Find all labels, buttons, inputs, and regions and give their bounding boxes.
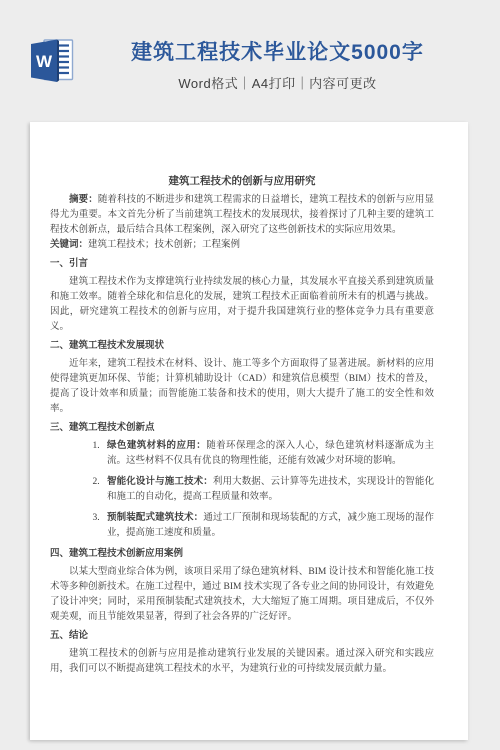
keywords-line: 关键词：建筑工程技术；技术创新；工程案例: [50, 238, 434, 253]
section-paragraph: 以某大型商业综合体为例，该项目采用了绿色建筑材料、BIM 设计技术和智能化施工技…: [50, 565, 434, 625]
section-paragraph: 建筑工程技术作为支撑建筑行业持续发展的核心力量，其发展水平直接关系到建筑质量和施…: [50, 275, 434, 335]
list-item: 智能化设计与施工技术：利用大数据、云计算等先进技术，实现设计的智能化和施工的自动…: [102, 475, 434, 505]
keywords-text: 建筑工程技术；技术创新；工程案例: [88, 240, 240, 250]
document-title: 建筑工程技术的创新与应用研究: [50, 174, 434, 189]
section-heading-conclusion: 五、结论: [50, 629, 434, 644]
list-item-label: 绿色建筑材料的应用：: [107, 441, 206, 451]
svg-text:W: W: [36, 52, 53, 71]
section-paragraph: 建筑工程技术的创新与应用是推动建筑行业发展的关键因素。通过深入研究和实践应用，我…: [50, 647, 434, 677]
abstract-paragraph: 摘要：随着科技的不断进步和建筑工程需求的日益增长，建筑工程技术的创新与应用显得尤…: [50, 193, 434, 238]
page-subtitle: Word格式｜A4打印｜内容可更改: [55, 73, 500, 92]
list-item-label: 预制装配式建筑技术：: [107, 513, 203, 523]
list-item: 绿色建筑材料的应用：随着环保理念的深入人心，绿色建筑材料逐渐成为主流。这些材料不…: [102, 439, 434, 469]
section-heading-innovation-points: 三、建筑工程技术创新点: [50, 421, 434, 436]
header-text: 建筑工程技术毕业论文5000字 Word格式｜A4打印｜内容可更改: [55, 40, 500, 92]
header: W 建筑工程技术毕业论文5000字 Word格式｜A4打印｜内容可更改: [0, 0, 500, 122]
innovation-list: 绿色建筑材料的应用：随着环保理念的深入人心，绿色建筑材料逐渐成为主流。这些材料不…: [50, 439, 434, 541]
list-item-label: 智能化设计与施工技术：: [107, 477, 213, 487]
abstract-label: 摘要：: [69, 195, 98, 205]
page-title: 建筑工程技术毕业论文5000字: [55, 40, 500, 65]
document-preview-page: 建筑工程技术的创新与应用研究 摘要：随着科技的不断进步和建筑工程需求的日益增长，…: [30, 122, 468, 740]
section-heading-application-case: 四、建筑工程技术创新应用案例: [50, 547, 434, 562]
list-item: 预制装配式建筑技术：通过工厂预制和现场装配的方式，减少施工现场的湿作业，提高施工…: [102, 511, 434, 541]
section-heading-current-status: 二、建筑工程技术发展现状: [50, 339, 434, 354]
section-paragraph: 近年来，建筑工程技术在材料、设计、施工等多个方面取得了显著进展。新材料的应用使得…: [50, 357, 434, 417]
section-heading-introduction: 一、引言: [50, 257, 434, 272]
abstract-text: 随着科技的不断进步和建筑工程需求的日益增长，建筑工程技术的创新与应用显得尤为重要…: [50, 195, 434, 235]
keywords-label: 关键词：: [50, 240, 88, 250]
